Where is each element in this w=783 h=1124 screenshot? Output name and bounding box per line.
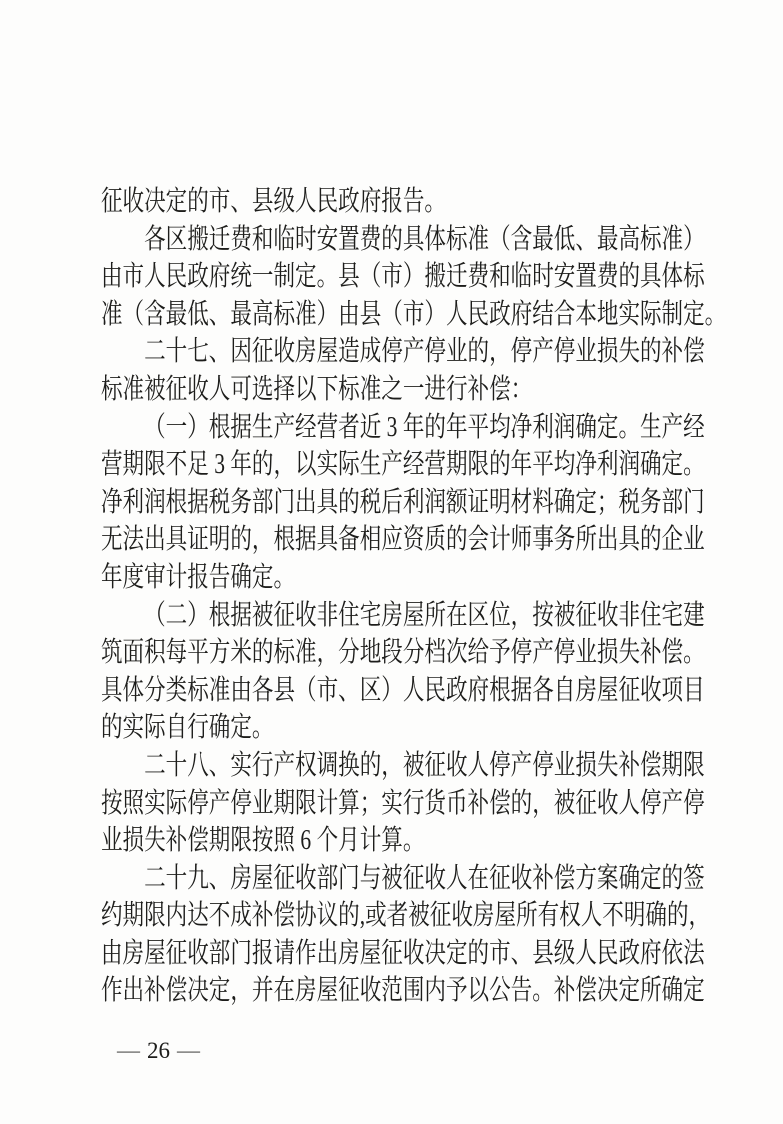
paragraph: 征收决定的市、县级人民政府报告。	[101, 183, 712, 221]
text-line: 由市人民政府统一制定。县（市）搬迁费和临时安置费的具体标	[101, 258, 712, 296]
text-line: 约期限内达不成补偿协议的,或者被征收房屋所有权人不明确的，	[101, 897, 712, 935]
paragraph: 各区搬迁费和临时安置费的具体标准（含最低、最高标准）由市人民政府统一制定。县（市…	[101, 221, 712, 334]
text-line: 具体分类标准由各县（市、区）人民政府根据各自房屋征收项目	[101, 672, 712, 710]
text-line: 的实际自行确定。	[101, 709, 712, 747]
footer-dash-right: —	[177, 1041, 200, 1062]
document-page: 征收决定的市、县级人民政府报告。各区搬迁费和临时安置费的具体标准（含最低、最高标…	[0, 0, 783, 1124]
text-line: （二）根据被征收非住宅房屋所在区位，按被征收非住宅建	[101, 597, 712, 635]
text-line: 无法出具证明的，根据具备相应资质的会计师事务所出具的企业	[101, 521, 712, 559]
text-line: 净利润根据税务部门出具的税后利润额证明材料确定；税务部门	[101, 484, 712, 522]
text-line: 各区搬迁费和临时安置费的具体标准（含最低、最高标准）	[101, 221, 712, 259]
paragraph: （一）根据生产经营者近 3 年的年平均净利润确定。生产经营期限不足 3 年的，以…	[101, 409, 712, 597]
text-line: 按照实际停产停业期限计算；实行货币补偿的，被征收人停产停	[101, 785, 712, 823]
text-line: 二十七、因征收房屋造成停产停业的，停产停业损失的补偿	[101, 333, 712, 371]
text-line: 征收决定的市、县级人民政府报告。	[101, 183, 712, 221]
text-line: 标准被征收人可选择以下标准之一进行补偿：	[101, 371, 712, 409]
text-line: 二十九、房屋征收部门与被征收人在征收补偿方案确定的签	[101, 860, 712, 898]
paragraph: 二十八、实行产权调换的，被征收人停产停业损失补偿期限按照实际停产停业期限计算；实…	[101, 747, 712, 860]
text-line: （一）根据生产经营者近 3 年的年平均净利润确定。生产经	[101, 409, 712, 447]
text-line: 年度审计报告确定。	[101, 559, 712, 597]
paragraph: 二十七、因征收房屋造成停产停业的，停产停业损失的补偿标准被征收人可选择以下标准之…	[101, 333, 712, 408]
footer-dash-left: —	[117, 1041, 140, 1062]
text-line: 由房屋征收部门报请作出房屋征收决定的市、县级人民政府依法	[101, 935, 712, 973]
page-footer: — 26 —	[117, 1038, 200, 1064]
document-body: 征收决定的市、县级人民政府报告。各区搬迁费和临时安置费的具体标准（含最低、最高标…	[101, 183, 712, 1010]
text-line: 作出补偿决定，并在房屋征收范围内予以公告。补偿决定所确定	[101, 972, 712, 1010]
text-line: 营期限不足 3 年的，以实际生产经营期限的年平均净利润确定。	[101, 446, 712, 484]
page-number: 26	[147, 1038, 170, 1064]
paragraph: （二）根据被征收非住宅房屋所在区位，按被征收非住宅建筑面积每平方米的标准，分地段…	[101, 597, 712, 747]
text-line: 准（含最低、最高标准）由县（市）人民政府结合本地实际制定。	[101, 296, 712, 334]
text-line: 二十八、实行产权调换的，被征收人停产停业损失补偿期限	[101, 747, 712, 785]
paragraph: 二十九、房屋征收部门与被征收人在征收补偿方案确定的签约期限内达不成补偿协议的,或…	[101, 860, 712, 1010]
text-line: 筑面积每平方米的标准，分地段分档次给予停产停业损失补偿。	[101, 634, 712, 672]
text-line: 业损失补偿期限按照 6 个月计算。	[101, 822, 712, 860]
